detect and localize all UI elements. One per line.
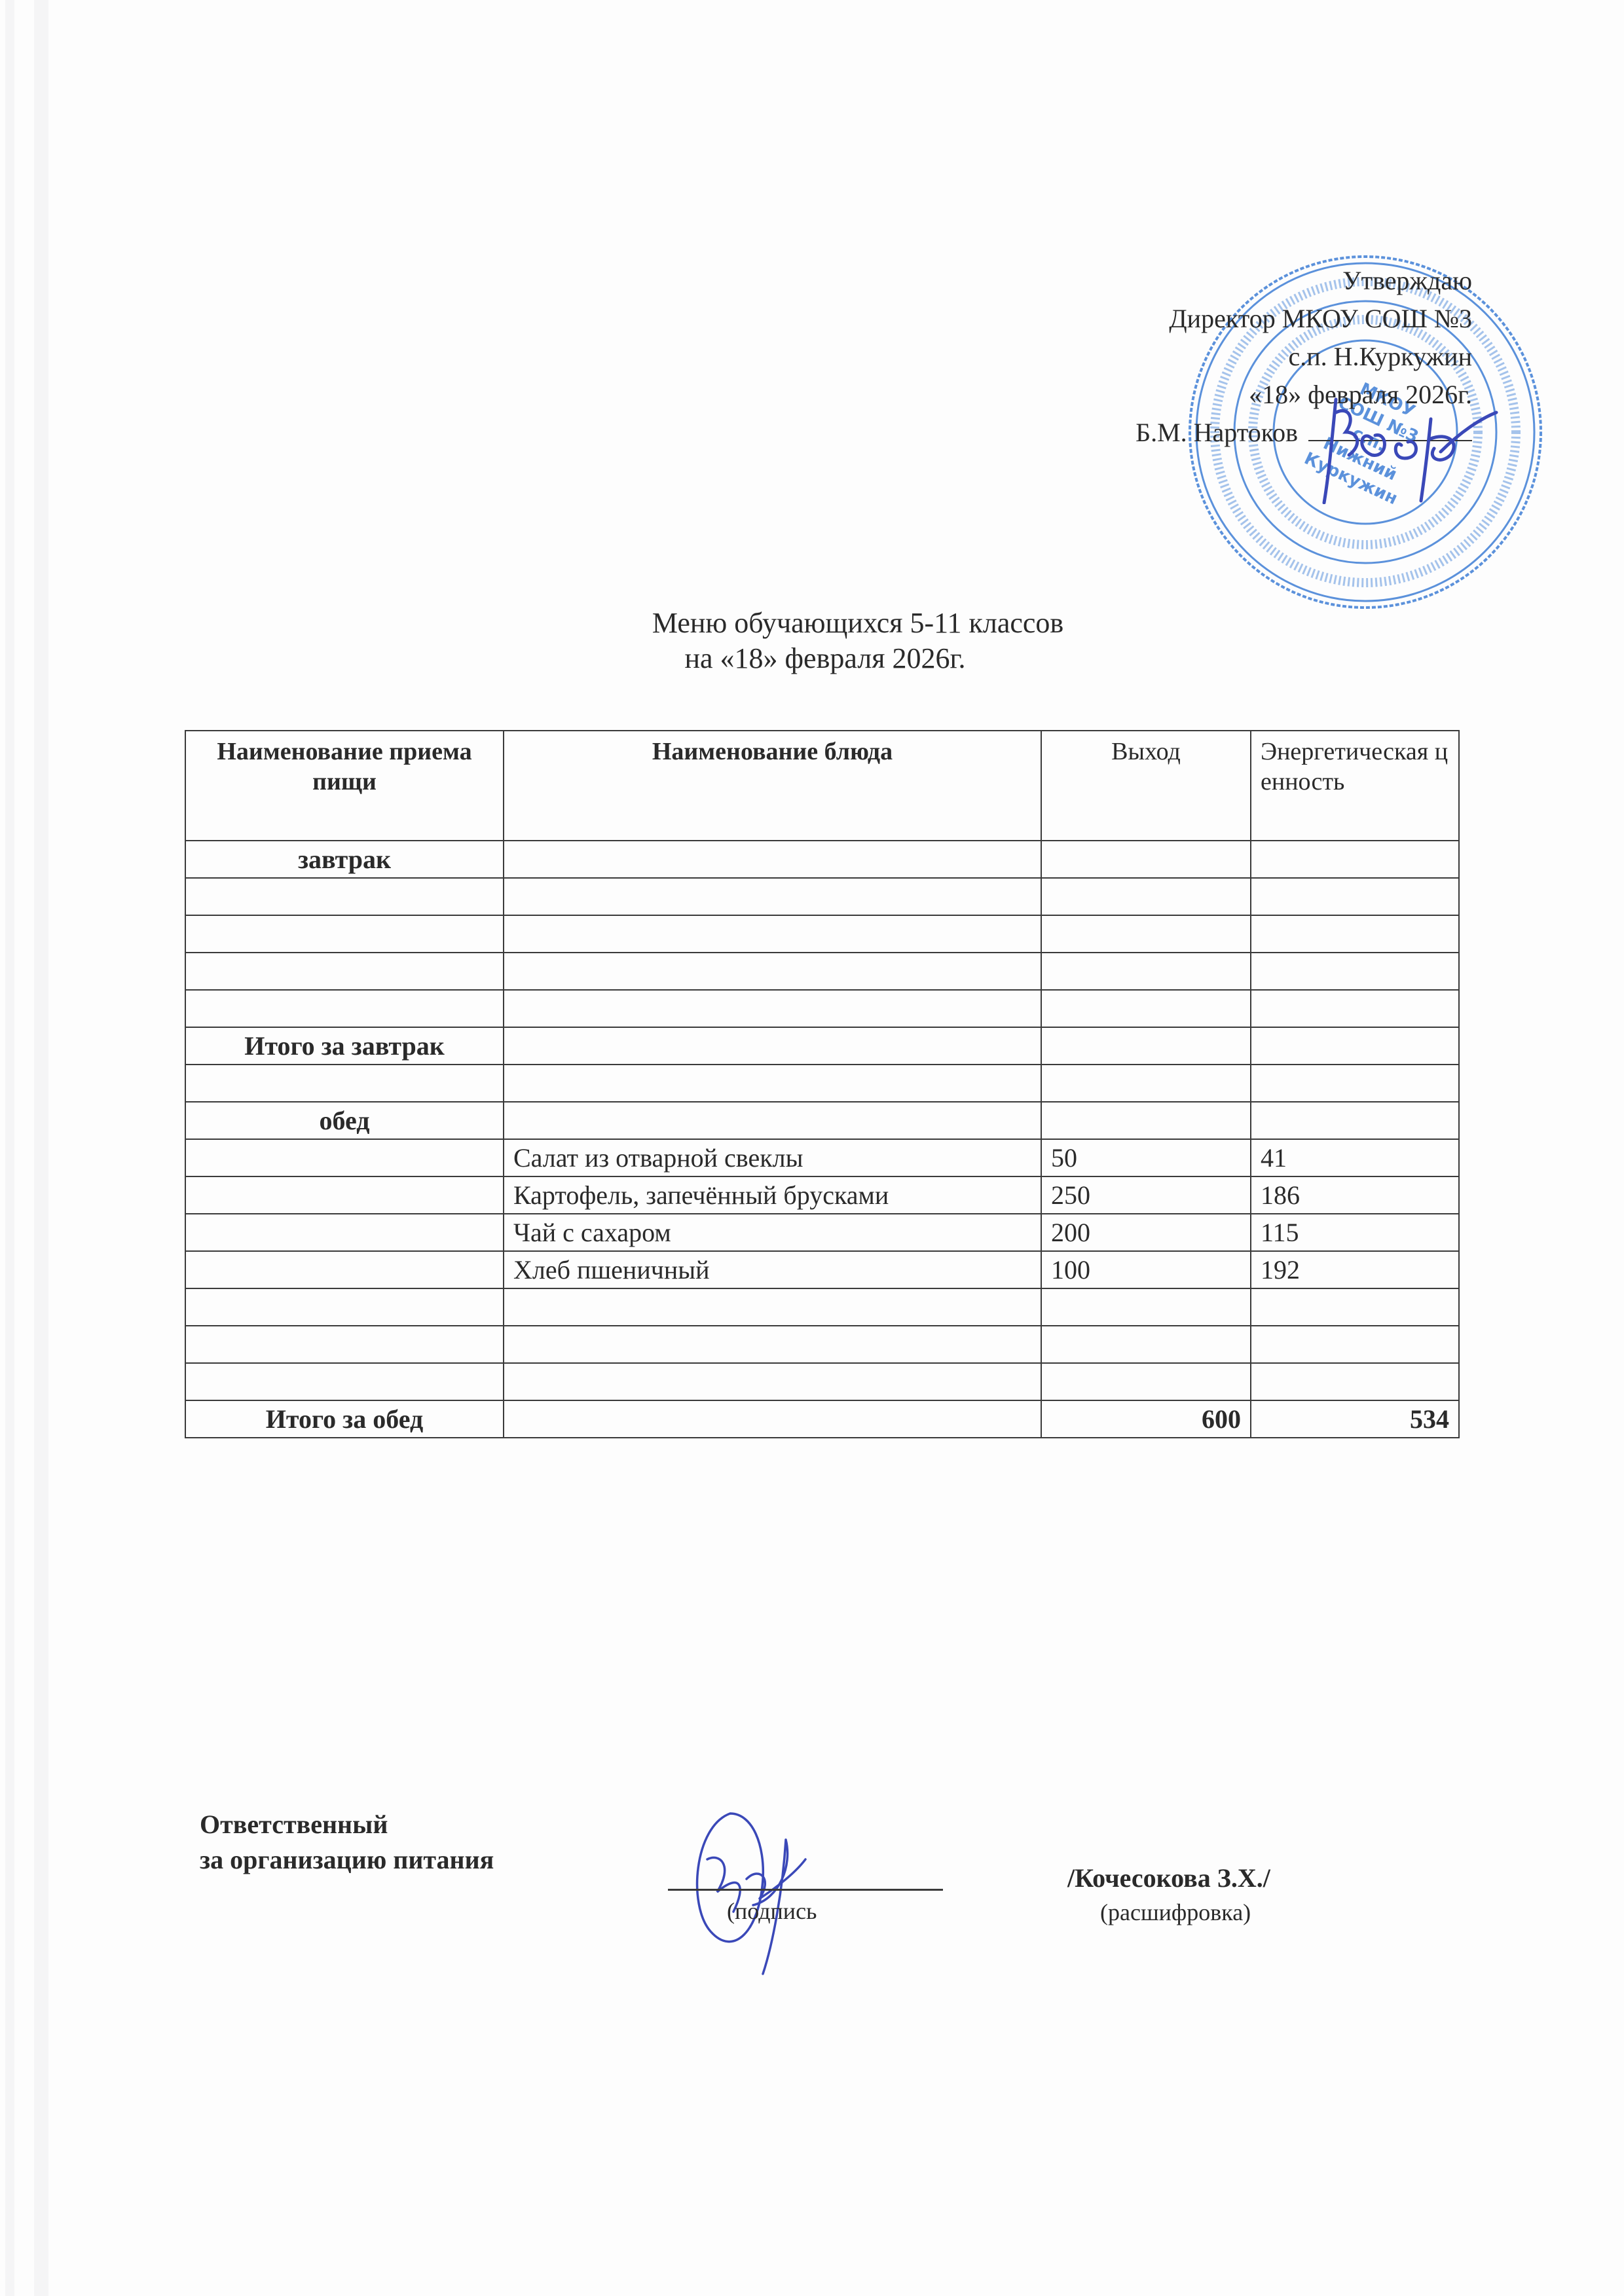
cell-energy: 192 xyxy=(1251,1251,1459,1288)
table-row xyxy=(185,990,1459,1027)
cell-energy xyxy=(1251,1065,1459,1102)
cell-energy xyxy=(1251,1102,1459,1139)
cell-energy xyxy=(1251,1363,1459,1400)
cell-meal: Итого за обед xyxy=(185,1400,504,1438)
cell-meal xyxy=(185,990,504,1027)
table-row xyxy=(185,1326,1459,1363)
cell-dish xyxy=(504,1288,1041,1326)
table-row xyxy=(185,878,1459,915)
table-row xyxy=(185,915,1459,953)
cell-energy xyxy=(1251,915,1459,953)
cell-yield xyxy=(1041,953,1251,990)
cell-energy xyxy=(1251,990,1459,1027)
table-header-row: Наименование приема пищи Наименование бл… xyxy=(185,731,1459,841)
cell-yield xyxy=(1041,1288,1251,1326)
cell-energy xyxy=(1251,1288,1459,1326)
cell-dish: Картофель, запечённый брусками xyxy=(504,1176,1041,1214)
table-row: Итого за завтрак xyxy=(185,1027,1459,1065)
responsible-label: Ответственный за организацию питания xyxy=(200,1807,494,1878)
cell-yield xyxy=(1041,841,1251,878)
cell-energy xyxy=(1251,1027,1459,1065)
table-row xyxy=(185,1288,1459,1326)
cell-yield xyxy=(1041,1102,1251,1139)
responsible-name: /Кочесокова З.Х./ xyxy=(1067,1863,1270,1893)
cell-yield: 600 xyxy=(1041,1400,1251,1438)
cell-dish xyxy=(504,1027,1041,1065)
cell-energy xyxy=(1251,1326,1459,1363)
cell-energy xyxy=(1251,953,1459,990)
scan-streak xyxy=(5,0,14,2296)
header-dish: Наименование блюда xyxy=(504,731,1041,841)
director-signature-icon xyxy=(1310,393,1500,504)
table-row: Хлеб пшеничный100192 xyxy=(185,1251,1459,1288)
approval-signer-name: Б.М. Нартоков xyxy=(1135,418,1298,447)
cell-yield: 50 xyxy=(1041,1139,1251,1176)
scan-streak xyxy=(34,0,48,2296)
cell-dish xyxy=(504,990,1041,1027)
cell-meal: обед xyxy=(185,1102,504,1139)
cell-meal xyxy=(185,1176,504,1214)
cell-meal xyxy=(185,1363,504,1400)
table-row: Чай с сахаром200115 xyxy=(185,1214,1459,1251)
signature-caption: (подпись xyxy=(727,1897,817,1925)
cell-meal: Итого за завтрак xyxy=(185,1027,504,1065)
cell-yield xyxy=(1041,1326,1251,1363)
cell-meal xyxy=(185,953,504,990)
cell-energy: 534 xyxy=(1251,1400,1459,1438)
cell-meal xyxy=(185,1251,504,1288)
cell-dish xyxy=(504,1400,1041,1438)
signature-line xyxy=(668,1889,943,1891)
cell-meal: завтрак xyxy=(185,841,504,878)
cell-yield: 100 xyxy=(1041,1251,1251,1288)
cell-energy: 41 xyxy=(1251,1139,1459,1176)
cell-yield: 200 xyxy=(1041,1214,1251,1251)
table-row: Итого за обед600534 xyxy=(185,1400,1459,1438)
table-row: Картофель, запечённый брусками250186 xyxy=(185,1176,1459,1214)
cell-yield: 250 xyxy=(1041,1176,1251,1214)
cell-energy: 186 xyxy=(1251,1176,1459,1214)
cell-dish: Чай с сахаром xyxy=(504,1214,1041,1251)
table-row: Салат из отварной свеклы5041 xyxy=(185,1139,1459,1176)
cell-meal xyxy=(185,1326,504,1363)
cell-dish: Хлеб пшеничный xyxy=(504,1251,1041,1288)
cell-meal xyxy=(185,915,504,953)
cell-dish xyxy=(504,915,1041,953)
document-title: Меню обучающихся 5-11 классов на «18» фе… xyxy=(0,606,1624,676)
table-row xyxy=(185,953,1459,990)
cell-dish xyxy=(504,953,1041,990)
cell-yield xyxy=(1041,1027,1251,1065)
name-caption: (расшифровка) xyxy=(1100,1899,1251,1926)
cell-energy: 115 xyxy=(1251,1214,1459,1251)
cell-yield xyxy=(1041,878,1251,915)
cell-energy xyxy=(1251,841,1459,878)
cell-meal xyxy=(185,1214,504,1251)
cell-dish: Салат из отварной свеклы xyxy=(504,1139,1041,1176)
approval-heading: Утверждаю xyxy=(1135,262,1472,300)
cell-dish xyxy=(504,1363,1041,1400)
table-row: завтрак xyxy=(185,841,1459,878)
cell-yield xyxy=(1041,915,1251,953)
cell-meal xyxy=(185,878,504,915)
table-row: обед xyxy=(185,1102,1459,1139)
table-row xyxy=(185,1065,1459,1102)
responsible-line-1: Ответственный xyxy=(200,1807,494,1842)
cell-yield xyxy=(1041,1065,1251,1102)
cell-dish xyxy=(504,1065,1041,1102)
cell-dish xyxy=(504,1326,1041,1363)
cell-dish xyxy=(504,841,1041,878)
cell-energy xyxy=(1251,878,1459,915)
table-row xyxy=(185,1363,1459,1400)
approval-locality: с.п. Н.Куркужин xyxy=(1135,338,1472,376)
cell-meal xyxy=(185,1139,504,1176)
responsible-line-2: за организацию питания xyxy=(200,1842,494,1878)
cell-dish xyxy=(504,1102,1041,1139)
header-meal: Наименование приема пищи xyxy=(185,731,504,841)
header-energy: Энергетическая ценность xyxy=(1251,731,1459,841)
cell-meal xyxy=(185,1288,504,1326)
menu-table: Наименование приема пищи Наименование бл… xyxy=(185,730,1460,1438)
responsible-signature-icon xyxy=(681,1800,956,1984)
cell-yield xyxy=(1041,990,1251,1027)
header-yield: Выход xyxy=(1041,731,1251,841)
cell-meal xyxy=(185,1065,504,1102)
table-body: завтракИтого за завтракобедСалат из отва… xyxy=(185,841,1459,1438)
title-line-2: на «18» февраля 2026г. xyxy=(0,641,1624,676)
approval-position: Директор МКОУ СОШ №3 xyxy=(1135,300,1472,338)
cell-yield xyxy=(1041,1363,1251,1400)
cell-dish xyxy=(504,878,1041,915)
